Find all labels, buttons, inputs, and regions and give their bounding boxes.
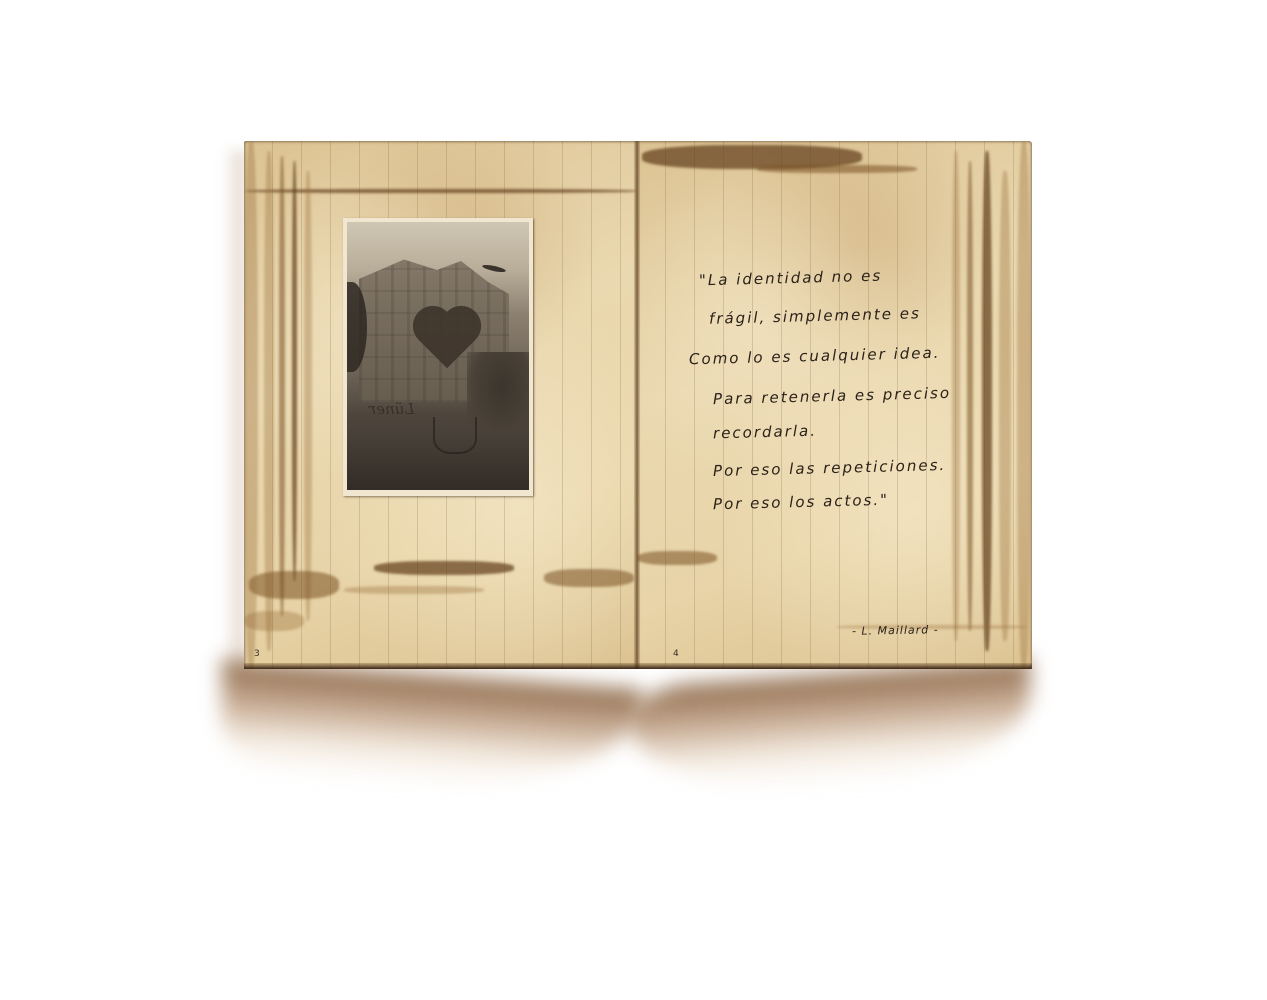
quote-line: Como lo es cualquier idea.: [689, 344, 941, 369]
stain-stroke: [967, 161, 973, 631]
quote-line: recordarla.: [713, 422, 817, 443]
quote-line: Para retenerla es preciso: [713, 384, 951, 408]
cast-shadow-right: [630, 660, 1030, 798]
stain-stroke: [1017, 141, 1031, 669]
photo-image: Lüner: [347, 222, 529, 490]
stain-stroke: [292, 161, 297, 581]
stain-stroke: [244, 141, 258, 669]
book-bottom-edge: [244, 663, 1032, 669]
right-page: "La identidad no es frágil, simplemente …: [637, 141, 1032, 669]
stain-stroke: [757, 165, 917, 173]
stain-stroke: [249, 571, 339, 599]
zeppelin-silhouette: [482, 264, 507, 274]
cast-shadow-left: [222, 660, 642, 799]
stain-stroke: [637, 551, 717, 565]
left-page: Lüner 3: [244, 141, 637, 669]
author-signature: - L. Maillard -: [852, 623, 939, 638]
collaged-photograph: Lüner: [343, 218, 533, 496]
page-number-left: 3: [254, 649, 260, 659]
equestrian-statue: [433, 417, 477, 454]
stain-stroke: [374, 561, 514, 575]
page-number-right: 4: [673, 649, 679, 659]
book-side-shadow: [222, 150, 246, 670]
window-sign-text: Lüner: [369, 400, 414, 418]
quote-line: Por eso las repeticiones.: [713, 456, 947, 480]
stain-stroke: [279, 156, 285, 616]
stain-stroke: [952, 151, 960, 641]
quote-line: Por eso los actos.": [713, 491, 889, 514]
book-gutter: [634, 141, 640, 669]
stain-stroke: [982, 151, 992, 651]
stain-stroke: [246, 189, 636, 193]
stain-stroke: [344, 586, 484, 594]
stain-stroke: [544, 569, 634, 587]
quote-line: frágil, simplemente es: [709, 304, 921, 328]
open-notebook: Lüner 3 "La identidad no es frágil, simp…: [244, 141, 1032, 669]
stain-stroke: [304, 171, 312, 621]
photo-scene: Lüner 3 "La identidad no es frágil, simp…: [0, 0, 1267, 1000]
stain-stroke: [999, 171, 1011, 641]
quote-line: "La identidad no es: [699, 267, 883, 290]
